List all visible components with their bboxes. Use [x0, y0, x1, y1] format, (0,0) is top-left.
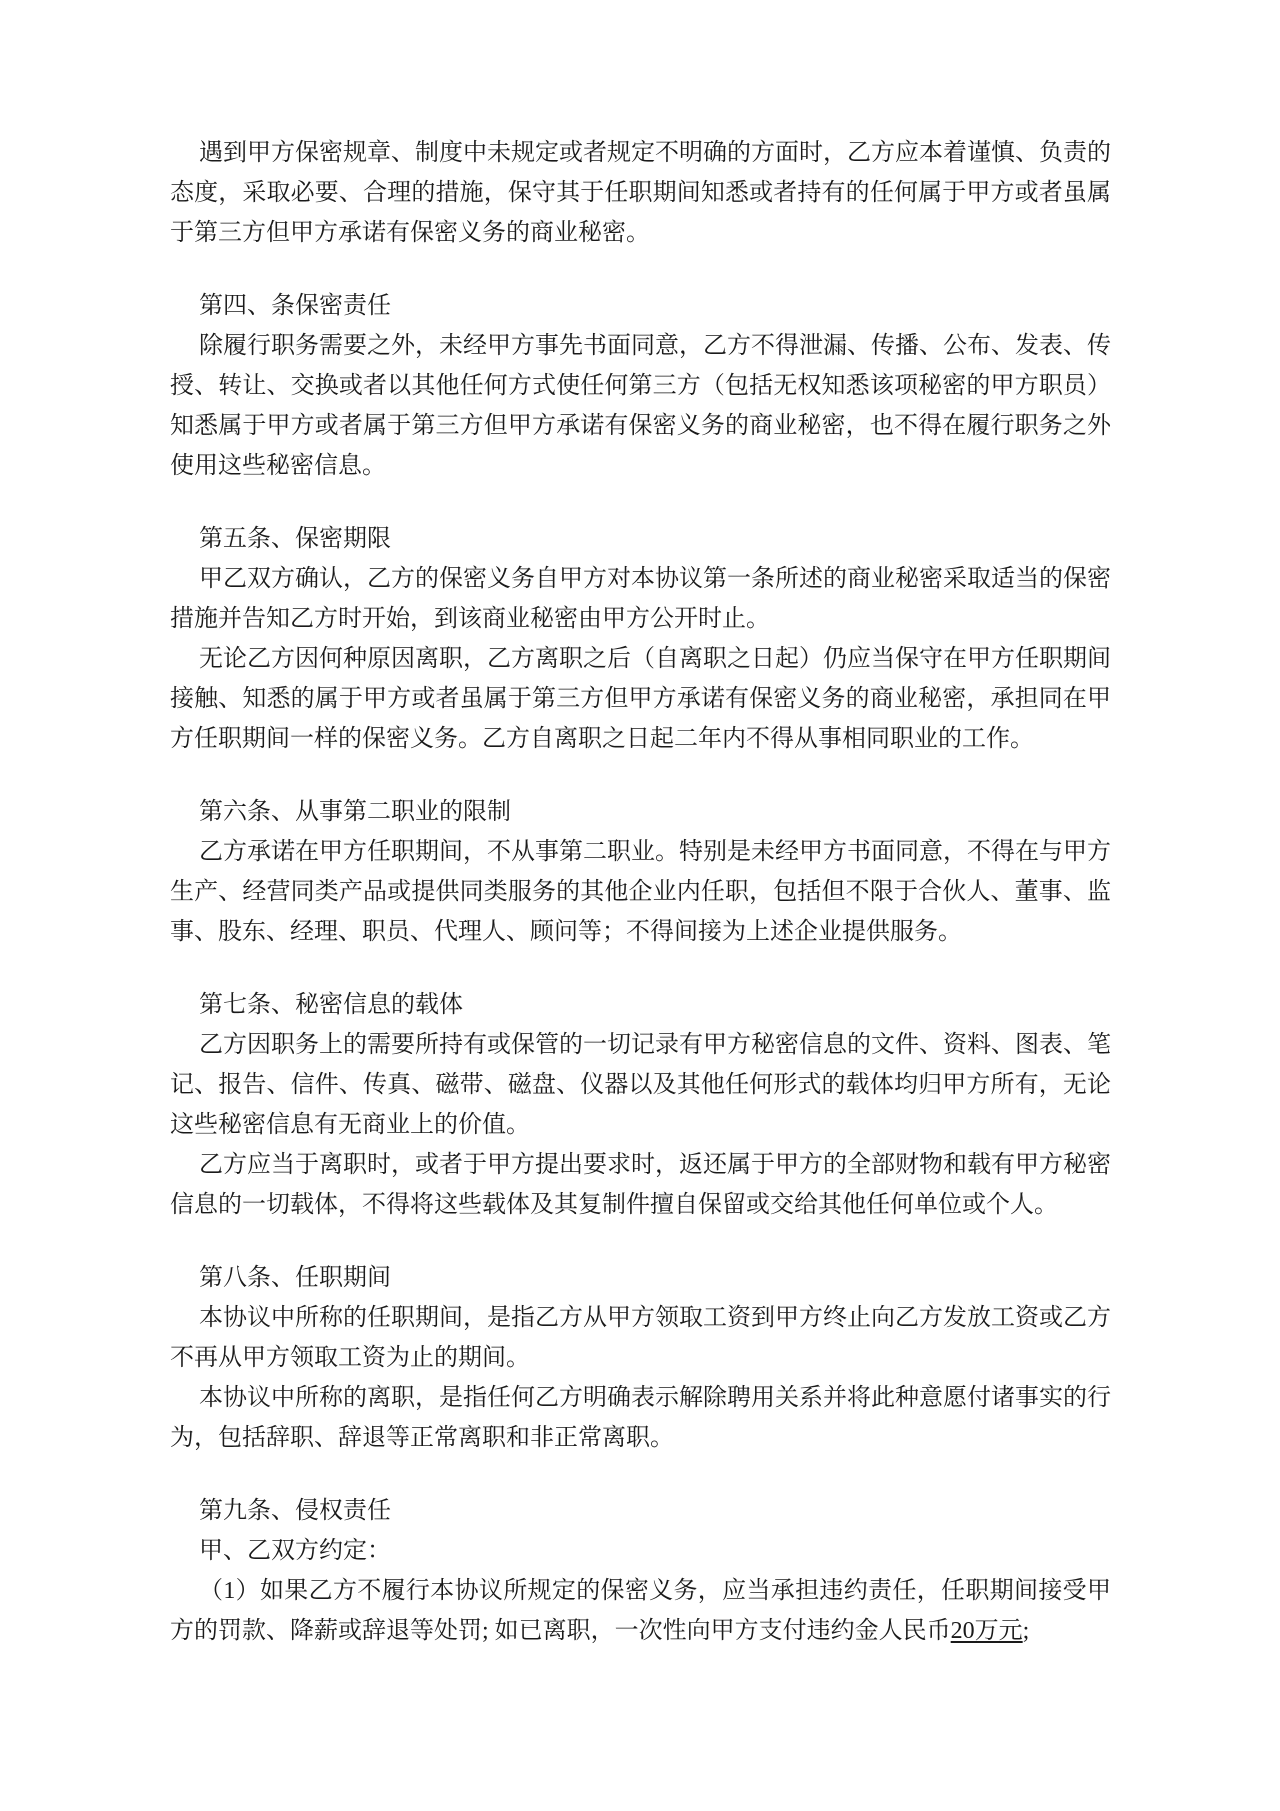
heading-article-4: 第四、条保密责任 [170, 286, 1111, 326]
paragraph-article-9-intro: 甲、乙双方约定： [170, 1531, 1111, 1571]
paragraph-carryover-article3: 遇到甲方保密规章、制度中未规定或者规定不明确的方面时，乙方应本着谨慎、负责的态度… [170, 133, 1111, 253]
clause-1-terminator: ; [1023, 1618, 1030, 1644]
heading-article-6: 第六条、从事第二职业的限制 [170, 792, 1111, 832]
penalty-amount-underlined: 20万元 [951, 1618, 1023, 1644]
contract-page: 遇到甲方保密规章、制度中未规定或者规定不明确的方面时，乙方应本着谨慎、负责的态度… [170, 133, 1111, 1651]
paragraph-article-5-body-2: 无论乙方因何种原因离职，乙方离职之后（自离职之日起）仍应当保守在甲方任职期间接触… [170, 639, 1111, 759]
paragraph-article-8-body-1: 本协议中所称的任职期间，是指乙方从甲方领取工资到甲方终止向乙方发放工资或乙方不再… [170, 1298, 1111, 1378]
paragraph-article-4-body: 除履行职务需要之外，未经甲方事先书面同意，乙方不得泄漏、传播、公布、发表、传授、… [170, 326, 1111, 486]
paragraph-article-9-clause-1: （1）如果乙方不履行本协议所规定的保密义务，应当承担违约责任，任职期间接受甲方的… [170, 1571, 1111, 1651]
paragraph-article-6-body: 乙方承诺在甲方任职期间，不从事第二职业。特别是未经甲方书面同意，不得在与甲方生产… [170, 832, 1111, 952]
heading-article-7: 第七条、秘密信息的载体 [170, 985, 1111, 1025]
paragraph-article-7-body-2: 乙方应当于离职时，或者于甲方提出要求时，返还属于甲方的全部财物和载有甲方秘密信息… [170, 1145, 1111, 1225]
heading-article-5: 第五条、保密期限 [170, 519, 1111, 559]
heading-article-9: 第九条、侵权责任 [170, 1491, 1111, 1531]
paragraph-article-5-body-1: 甲乙双方确认，乙方的保密义务自甲方对本协议第一条所述的商业秘密采取适当的保密措施… [170, 559, 1111, 639]
paragraph-article-7-body-1: 乙方因职务上的需要所持有或保管的一切记录有甲方秘密信息的文件、资料、图表、笔记、… [170, 1025, 1111, 1145]
paragraph-article-8-body-2: 本协议中所称的离职，是指任何乙方明确表示解除聘用关系并将此种意愿付诸事实的行为，… [170, 1378, 1111, 1458]
heading-article-8: 第八条、任职期间 [170, 1258, 1111, 1298]
